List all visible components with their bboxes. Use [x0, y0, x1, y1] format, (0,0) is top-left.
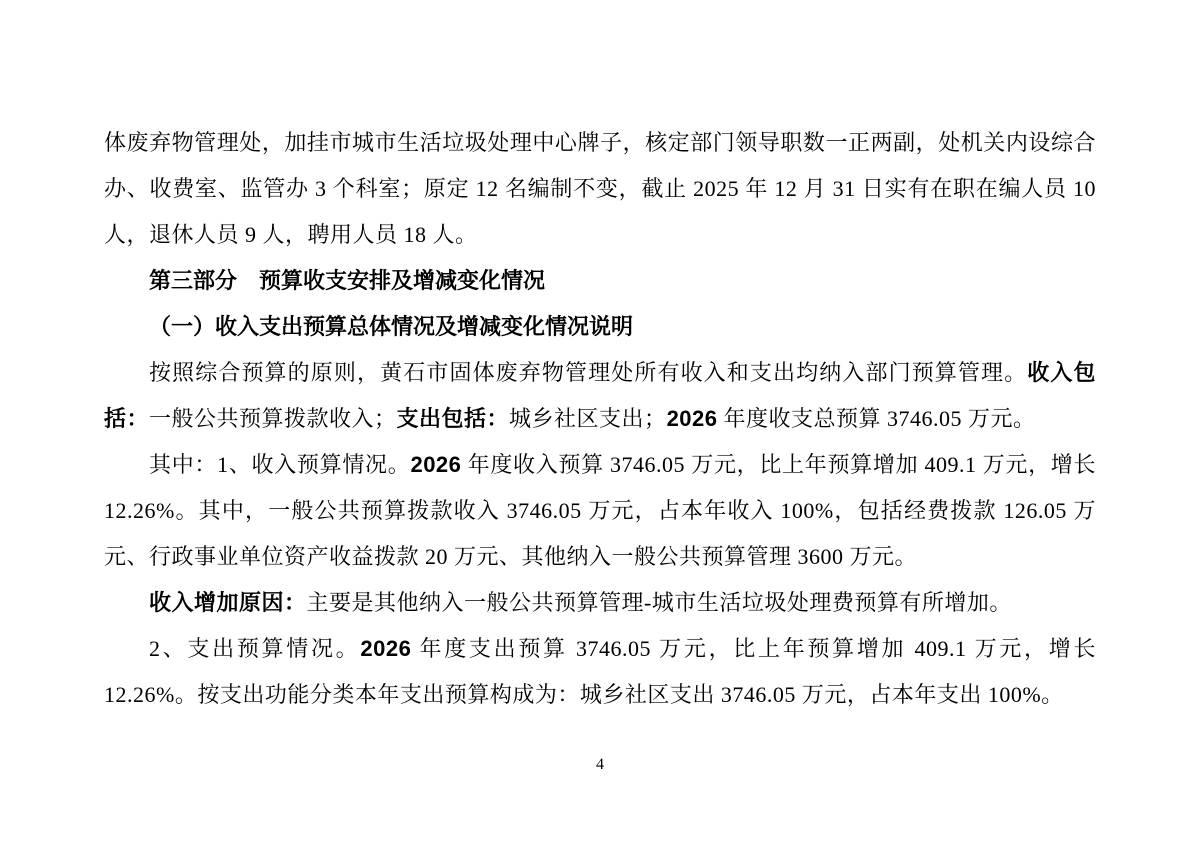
text-run-bold: 支出包括： — [397, 406, 510, 431]
text-run-bold: 2026 — [667, 406, 718, 431]
paragraph-income-budget: 其中：1、收入预算情况。2026 年度收入预算 3746.05 万元，比上年预算… — [104, 442, 1096, 580]
text-run: 年度收支总预算 3746.05 万元。 — [718, 406, 1036, 431]
text-run: 体废弃物管理处，加挂市城市生活垃圾处理中心牌子，核定部门领导职数一正两副，处机关… — [104, 130, 1096, 247]
paragraph-budget-overview: 按照综合预算的原则，黄石市固体废弃物管理处所有收入和支出均纳入部门预算管理。收入… — [104, 350, 1096, 442]
paragraph-expenditure-budget: 2、支出预算情况。2026 年度支出预算 3746.05 万元，比上年预算增加 … — [104, 626, 1096, 718]
text-run-bold: 2026 — [410, 452, 461, 477]
document-body: 体废弃物管理处，加挂市城市生活垃圾处理中心牌子，核定部门领导职数一正两副，处机关… — [104, 120, 1096, 718]
text-run: 按照综合预算的原则，黄石市固体废弃物管理处所有收入和支出均纳入部门预算管理。 — [149, 360, 1027, 385]
text-run-bold: 收入增加原因： — [149, 590, 307, 615]
text-run: 主要是其他纳入一般公共预算管理-城市生活垃圾处理费预算有所增加。 — [307, 590, 1012, 615]
paragraph-staffing-continuation: 体废弃物管理处，加挂市城市生活垃圾处理中心牌子，核定部门领导职数一正两副，处机关… — [104, 120, 1096, 258]
subsection-heading-overview: （一）收入支出预算总体情况及增减变化情况说明 — [104, 304, 1096, 350]
text-run-bold: 2026 — [360, 636, 411, 661]
text-run: 城乡社区支出； — [509, 406, 667, 431]
text-run: 其中：1、收入预算情况。 — [149, 452, 410, 477]
section-heading-part3: 第三部分 预算收支安排及增减变化情况 — [104, 258, 1096, 304]
document-page: 体废弃物管理处，加挂市城市生活垃圾处理中心牌子，核定部门领导职数一正两副，处机关… — [0, 0, 1200, 848]
paragraph-income-increase-reason: 收入增加原因：主要是其他纳入一般公共预算管理-城市生活垃圾处理费预算有所增加。 — [104, 580, 1096, 626]
text-run: 一般公共预算拨款收入； — [149, 406, 397, 431]
text-run: 2、支出预算情况。 — [149, 636, 360, 661]
page-number: 4 — [0, 754, 1200, 776]
